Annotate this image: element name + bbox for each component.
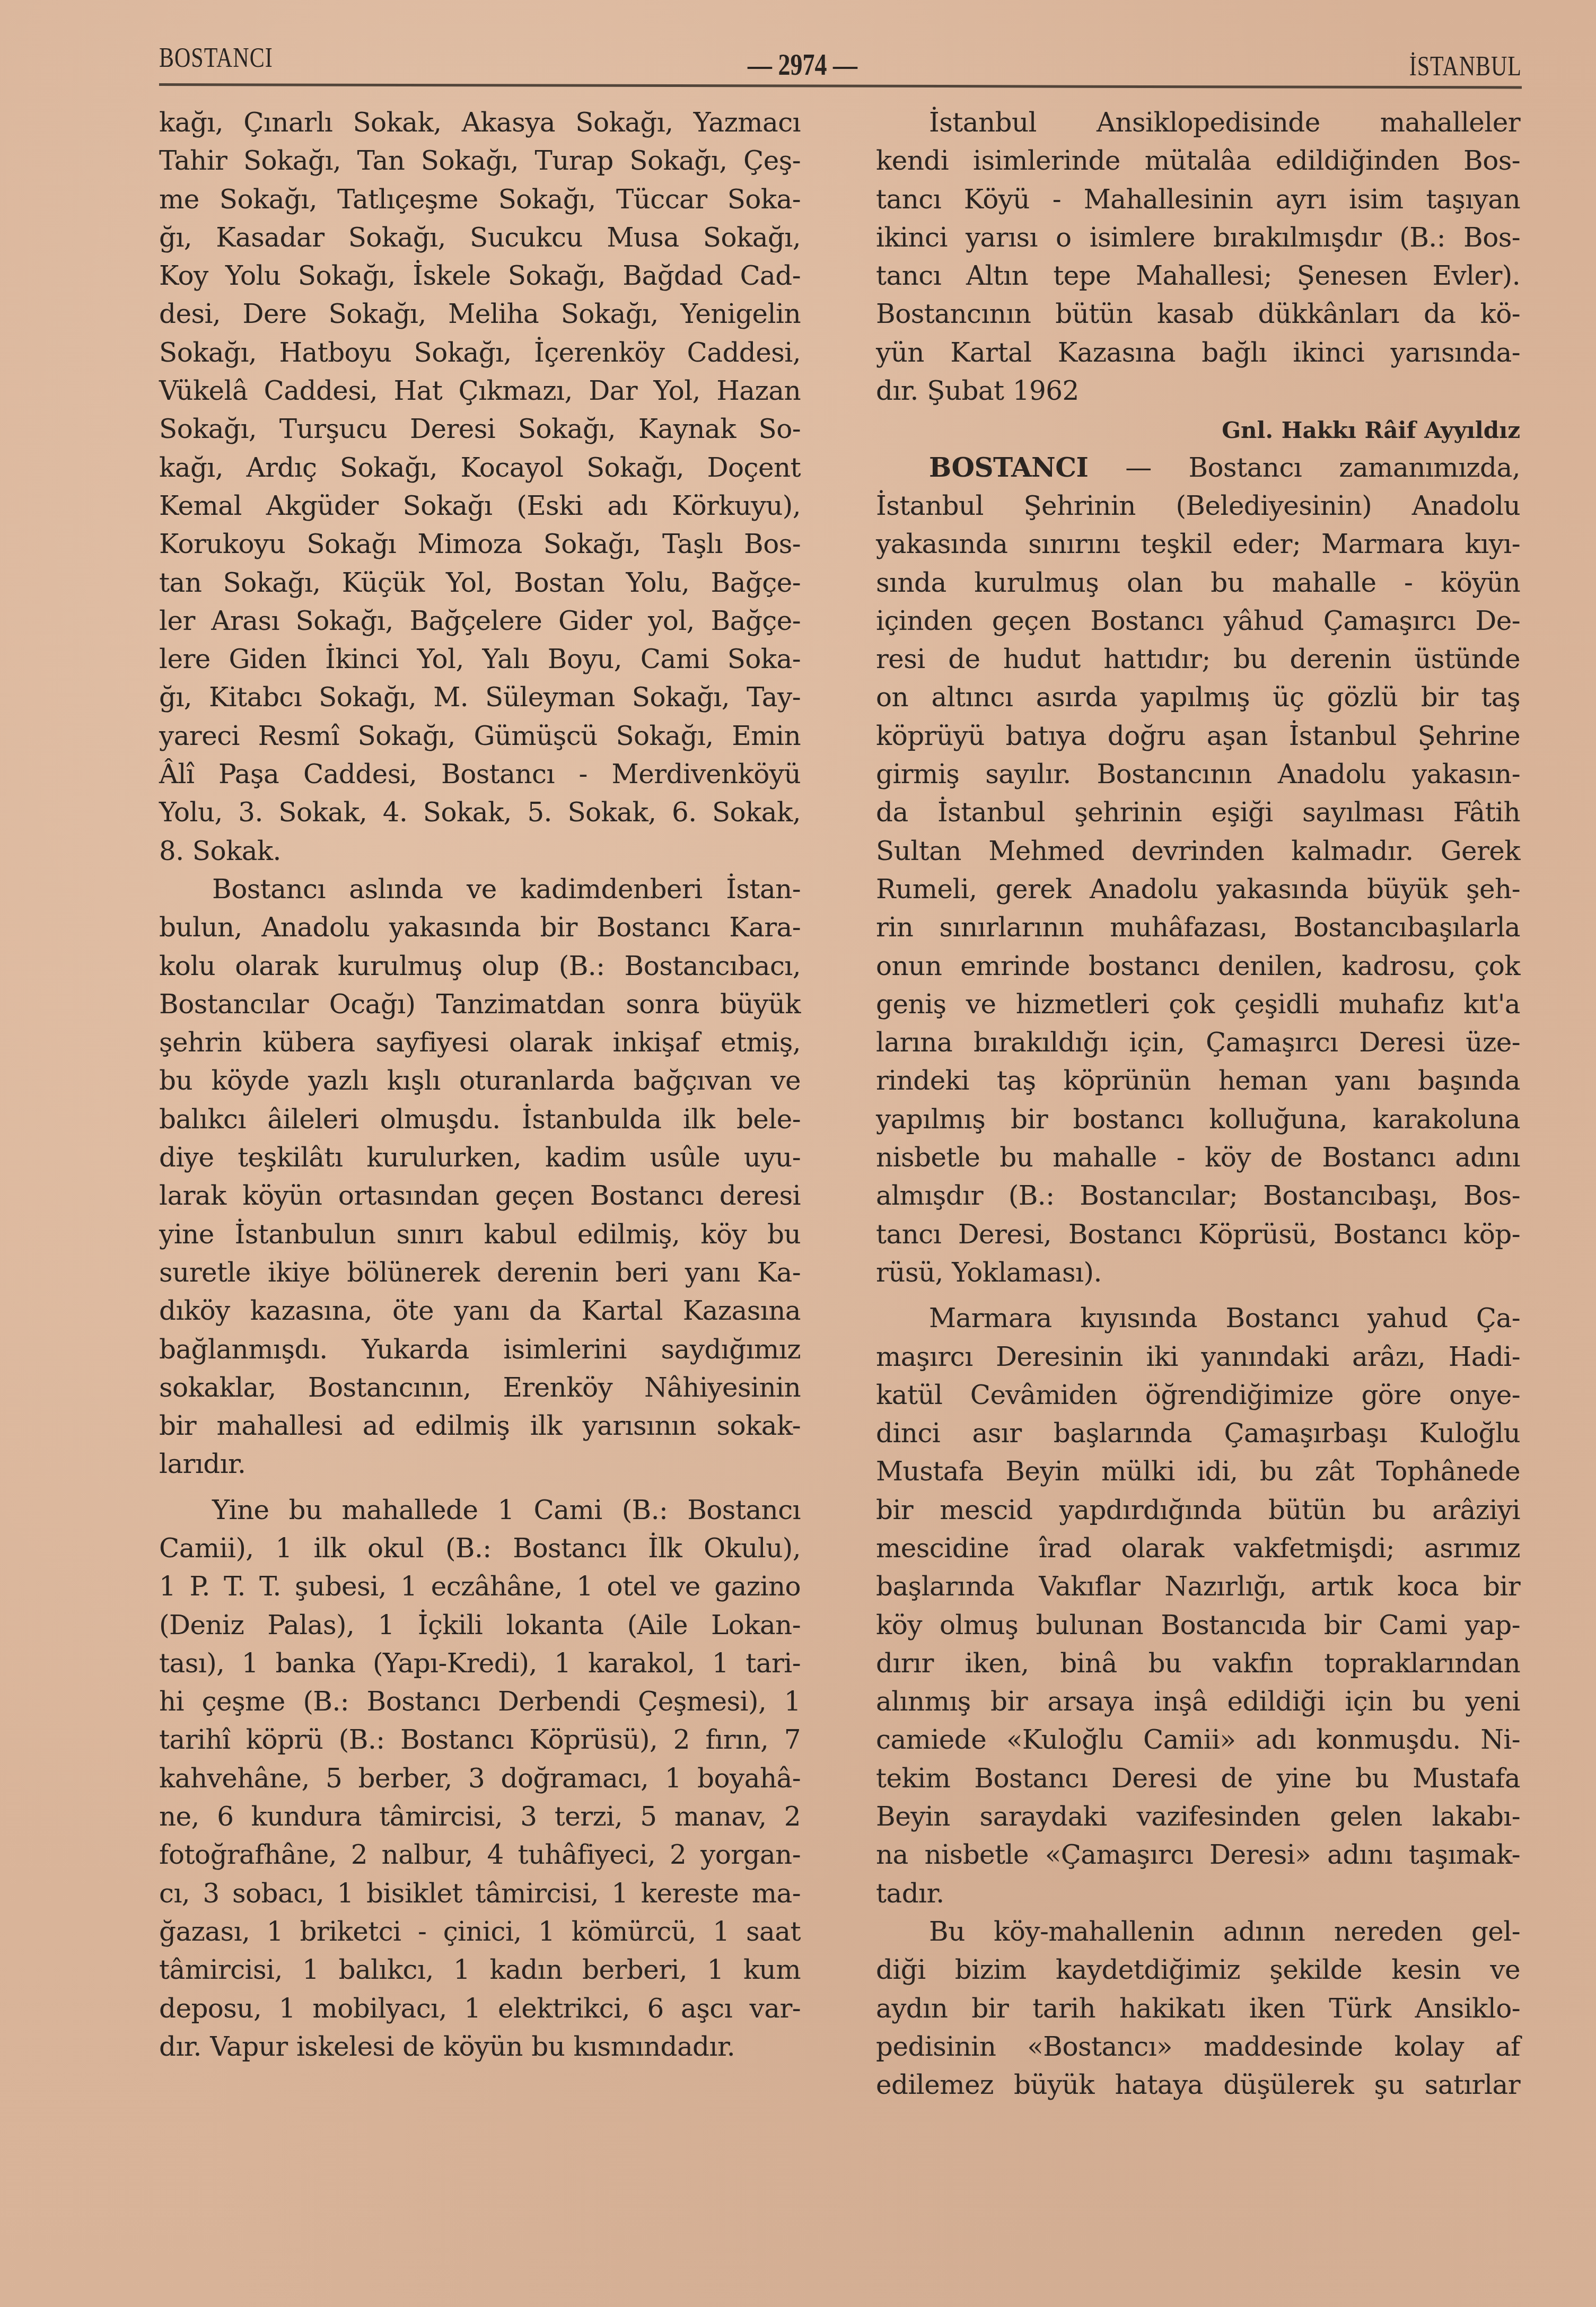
text-line: rindeki taş köprünün heman yanı başında xyxy=(876,1062,1520,1100)
text-line: rüsü, Yoklaması). xyxy=(876,1253,1520,1292)
running-head-left: BOSTANCI xyxy=(159,42,273,74)
left-column: kağı, Çınarlı Sokak, Akasya Sokağı, Yazm… xyxy=(159,103,801,2066)
text-line: me Sokağı, Tatlıçeşme Sokağı, Tüccar Sok… xyxy=(159,180,801,218)
text-line: Bostancılar Ocağı) Tanzimatdan sonra büy… xyxy=(159,985,801,1023)
text-line: köy olmuş bulunan Bostancıda bir Cami ya… xyxy=(876,1606,1520,1644)
text-line: ne, 6 kundura tâmircisi, 3 terzi, 5 mana… xyxy=(159,1797,801,1836)
text-line: ler Arası Sokağı, Bağçelere Gider yol, B… xyxy=(159,602,801,640)
text-line: suretle ikiye bölünerek derenin beri yan… xyxy=(159,1253,801,1292)
text-line: kolu olarak kurulmuş olup (B.: Bostancıb… xyxy=(159,947,801,985)
text-line: resi de hudut hattıdır; bu derenin üstün… xyxy=(876,640,1520,678)
text-line: hi çeşme (B.: Bostancı Derbendi Çeşmesi)… xyxy=(159,1682,801,1721)
text-line: Tahir Sokağı, Tan Sokağı, Turap Sokağı, … xyxy=(159,142,801,180)
text-line: bir mahallesi ad edilmiş ilk yarısının s… xyxy=(159,1407,801,1445)
running-header: BOSTANCI — 2974 — İSTANBUL xyxy=(159,42,1522,85)
text-line: maşırcı Deresinin iki yanındaki arâzı, H… xyxy=(876,1338,1520,1376)
text-line: Âlî Paşa Caddesi, Bostancı - Merdivenköy… xyxy=(159,755,801,793)
text-line: sında kurulmuş olan bu mahalle - köyün xyxy=(876,564,1520,602)
author-name: Gnl. Hakkı Râif Ayyıldız xyxy=(1222,417,1520,443)
entry-first-line: BOSTANCI — Bostancı zamanımızda, xyxy=(876,449,1520,487)
text-line: cı, 3 sobacı, 1 bisiklet tâmircisi, 1 ke… xyxy=(159,1874,801,1913)
text-line: lere Giden İkinci Yol, Yalı Boyu, Cami S… xyxy=(159,640,801,678)
text-line: aydın bir tarih hakikatı iken Türk Ansik… xyxy=(876,1989,1520,2028)
text-line: Bostancının bütün kasab dükkânları da kö… xyxy=(876,295,1520,333)
text-line: ğı, Kitabcı Sokağı, M. Süleyman Sokağı, … xyxy=(159,678,801,716)
text-line: tancı Köyü - Mahallesinin ayrı isim taşı… xyxy=(876,180,1520,218)
text-line: nisbetle bu mahalle - köy de Bostancı ad… xyxy=(876,1138,1520,1177)
text-line: onun emrinde bostancı denilen, kadrosu, … xyxy=(876,947,1520,985)
text-line: Vükelâ Caddesi, Hat Çıkmazı, Dar Yol, Ha… xyxy=(159,372,801,410)
text-line: Bostancı aslında ve kadimdenberi İstan- xyxy=(159,870,801,908)
author-signature: Gnl. Hakkı Râif Ayyıldız xyxy=(876,410,1520,448)
text-line: larak köyün ortasından geçen Bostancı de… xyxy=(159,1177,801,1215)
text-line: girmiş sayılır. Bostancının Anadolu yaka… xyxy=(876,755,1520,793)
text-line: edilemez büyük hataya düşülerek şu satır… xyxy=(876,2066,1520,2104)
street-list-paragraph: kağı, Çınarlı Sokak, Akasya Sokağı, Yazm… xyxy=(159,103,801,870)
entry-first-line-text: Bostancı zamanımızda, xyxy=(1188,452,1520,483)
text-line: da İstanbul şehrinin eşiği sayılması Fât… xyxy=(876,793,1520,831)
history-paragraph: Bostancı aslında ve kadimdenberi İstan- … xyxy=(159,870,801,1484)
text-line: tancı Altın tepe Mahallesi; Şenesen Evle… xyxy=(876,257,1520,295)
text-line: Sokağı, Hatboyu Sokağı, İçerenköy Caddes… xyxy=(159,334,801,372)
paragraph-gap xyxy=(876,1292,1520,1299)
text-line: ikinci yarısı o isimlere bırakılmışdır (… xyxy=(876,218,1520,257)
name-origin-paragraph: Bu köy-mahallenin adının nereden gel- di… xyxy=(876,1913,1520,2104)
text-line: balıkcı âileleri olmuşdu. İstanbulda ilk… xyxy=(159,1100,801,1138)
text-line: larıdır. xyxy=(159,1445,801,1483)
text-line: tâmircisi, 1 balıkcı, 1 kadın berberi, 1… xyxy=(159,1951,801,1989)
text-line: başlarında Vakıflar Nazırlığı, artık koc… xyxy=(876,1567,1520,1606)
text-line: diye teşkilâtı kurulurken, kadim usûle u… xyxy=(159,1138,801,1177)
text-line: İstanbul Şehrinin (Belediyesinin) Anadol… xyxy=(876,487,1520,525)
page-number: — 2974 — xyxy=(748,47,857,82)
text-line: sokaklar, Bostancının, Erenköy Nâhiyesin… xyxy=(159,1369,801,1407)
text-line: yapılmış bir bostancı kolluğuna, karakol… xyxy=(876,1100,1520,1138)
right-column: İstanbul Ansiklopedisinde mahalleler ken… xyxy=(876,103,1520,2104)
text-line: camiede «Kuloğlu Camii» adı konmuşdu. Ni… xyxy=(876,1721,1520,1759)
text-line: Camii), 1 ilk okul (B.: Bostancı İlk Oku… xyxy=(159,1529,801,1567)
text-line: dinci asır başlarında Çamaşırbaşı Kuloğl… xyxy=(876,1414,1520,1452)
text-line: rin sınırlarının muhâfazası, Bostancıbaş… xyxy=(876,908,1520,946)
ansiklopedi-note-paragraph: İstanbul Ansiklopedisinde mahalleler ken… xyxy=(876,103,1520,410)
text-line: 1 P. T. T. şubesi, 1 eczâhâne, 1 otel ve… xyxy=(159,1567,801,1606)
text-line: alınmış bir arsaya inşâ edildiği için bu… xyxy=(876,1682,1520,1721)
text-line: diği bizim kaydetdiğimiz şekilde kesin v… xyxy=(876,1951,1520,1989)
text-line: ğı, Kasadar Sokağı, Sucukcu Musa Sokağı, xyxy=(159,218,801,257)
text-line: tan Sokağı, Küçük Yol, Bostan Yolu, Bağç… xyxy=(159,564,801,602)
text-line: İstanbul Ansiklopedisinde mahalleler xyxy=(876,103,1520,142)
text-line: Bu köy-mahallenin adının nereden gel- xyxy=(876,1913,1520,1951)
text-line: almışdır (B.: Bostancılar; Bostancıbaşı,… xyxy=(876,1177,1520,1215)
text-line: içinden geçen Bostancı yâhud Çamaşırcı D… xyxy=(876,602,1520,640)
text-line: mescidine îrad olarak vakfetmişdi; asrım… xyxy=(876,1529,1520,1567)
text-line: Sultan Mehmed devrinden kalmadır. Gerek xyxy=(876,832,1520,870)
entry-dash: — xyxy=(1088,452,1188,483)
running-head-right: İSTANBUL xyxy=(1409,51,1522,83)
text-line: on altıncı asırda yapılmış üç gözlü bir … xyxy=(876,678,1520,716)
text-line: dır. Vapur iskelesi de köyün bu kısmında… xyxy=(159,2028,801,2066)
text-line: yine İstanbulun sınırı kabul edilmiş, kö… xyxy=(159,1215,801,1253)
text-line: kağı, Ardıç Sokağı, Kocayol Sokağı, Doçe… xyxy=(159,449,801,487)
text-line: tarihî köprü (B.: Bostancı Köprüsü), 2 f… xyxy=(159,1721,801,1759)
text-line: yareci Resmî Sokağı, Gümüşcü Sokağı, Emi… xyxy=(159,717,801,755)
text-line: dıköy kazasına, öte yanı da Kartal Kazas… xyxy=(159,1292,801,1330)
text-line: köprüyü batıya doğru aşan İstanbul Şehri… xyxy=(876,717,1520,755)
entry-headword: BOSTANCI xyxy=(929,452,1088,483)
text-line: Korukoyu Sokağı Mimoza Sokağı, Taşlı Bos… xyxy=(159,525,801,563)
text-line: bulun, Anadolu yakasında bir Bostancı Ka… xyxy=(159,908,801,946)
text-line: Beyin saraydaki vazifesinden gelen lakab… xyxy=(876,1797,1520,1836)
text-line: Yine bu mahallede 1 Cami (B.: Bostancı xyxy=(159,1491,801,1529)
text-line: desi, Dere Sokağı, Meliha Sokağı, Yenige… xyxy=(159,295,801,333)
text-line: bağlanmışdı. Yukarda isimlerini saydığım… xyxy=(159,1330,801,1369)
text-line: Mustafa Beyin mülki idi, bu zât Tophâned… xyxy=(876,1452,1520,1490)
bostanci-entry: BOSTANCI — Bostancı zamanımızda, İstanbu… xyxy=(876,449,1520,1292)
text-line: kahvehâne, 5 berber, 3 doğramacı, 1 boya… xyxy=(159,1759,801,1797)
text-line: bir mescid yapdırdığında bütün bu arâziy… xyxy=(876,1491,1520,1529)
marmara-paragraph: Marmara kıyısında Bostancı yahud Ça- maş… xyxy=(876,1299,1520,1913)
text-line: şehrin kübera sayfiyesi olarak inkişaf e… xyxy=(159,1023,801,1062)
text-line: fotoğrafhâne, 2 nalbur, 4 tuhâfiyeci, 2 … xyxy=(159,1836,801,1874)
text-line: tancı Deresi, Bostancı Köprüsü, Bostancı… xyxy=(876,1215,1520,1253)
text-line: tekim Bostancı Deresi de yine bu Mustafa xyxy=(876,1759,1520,1797)
text-line: kendi isimlerinde mütalâa edildiğinden B… xyxy=(876,142,1520,180)
text-line: larına bırakıldığı için, Çamaşırcı Deres… xyxy=(876,1023,1520,1062)
text-line: dırır iken, binâ bu vakfın topraklarında… xyxy=(876,1644,1520,1682)
text-line: (Deniz Palas), 1 İçkili lokanta (Aile Lo… xyxy=(159,1606,801,1644)
text-line: tası), 1 banka (Yapı-Kredi), 1 karakol, … xyxy=(159,1644,801,1682)
text-line: yakasında sınırını teşkil eder; Marmara … xyxy=(876,525,1520,563)
text-line: ğazası, 1 briketci - çinici, 1 kömürcü, … xyxy=(159,1913,801,1951)
text-line: Kemal Akgüder Sokağı (Eski adı Körkuyu), xyxy=(159,487,801,525)
text-line: yün Kartal Kazasına bağlı ikinci yarısın… xyxy=(876,334,1520,372)
text-line: katül Cevâmiden öğrendiğimize göre onye- xyxy=(876,1376,1520,1414)
text-line: geniş ve hizmetleri çok çeşidli muhafız … xyxy=(876,985,1520,1023)
text-line: Marmara kıyısında Bostancı yahud Ça- xyxy=(876,1299,1520,1337)
text-line: Sokağı, Turşucu Deresi Sokağı, Kaynak So… xyxy=(159,410,801,448)
text-line: Rumeli, gerek Anadolu yakasında büyük şe… xyxy=(876,870,1520,908)
text-line: tadır. xyxy=(876,1874,1520,1913)
paragraph-gap xyxy=(159,1484,801,1491)
text-line: bu köyde yazlı kışlı oturanlarda bağçıva… xyxy=(159,1062,801,1100)
text-line: 8. Sokak. xyxy=(159,832,801,870)
text-line: Koy Yolu Sokağı, İskele Sokağı, Bağdad C… xyxy=(159,257,801,295)
text-line: deposu, 1 mobilyacı, 1 elektrikci, 6 aşc… xyxy=(159,1989,801,2028)
text-line: kağı, Çınarlı Sokak, Akasya Sokağı, Yazm… xyxy=(159,103,801,142)
text-line: Yolu, 3. Sokak, 4. Sokak, 5. Sokak, 6. S… xyxy=(159,793,801,831)
text-line: dır. Şubat 1962 xyxy=(876,372,1520,410)
facilities-paragraph: Yine bu mahallede 1 Cami (B.: Bostancı C… xyxy=(159,1491,801,2066)
text-line: na nisbetle «Çamaşırcı Deresi» adını taş… xyxy=(876,1836,1520,1874)
text-line: pedisinin «Bostancı» maddesinde kolay af xyxy=(876,2028,1520,2066)
